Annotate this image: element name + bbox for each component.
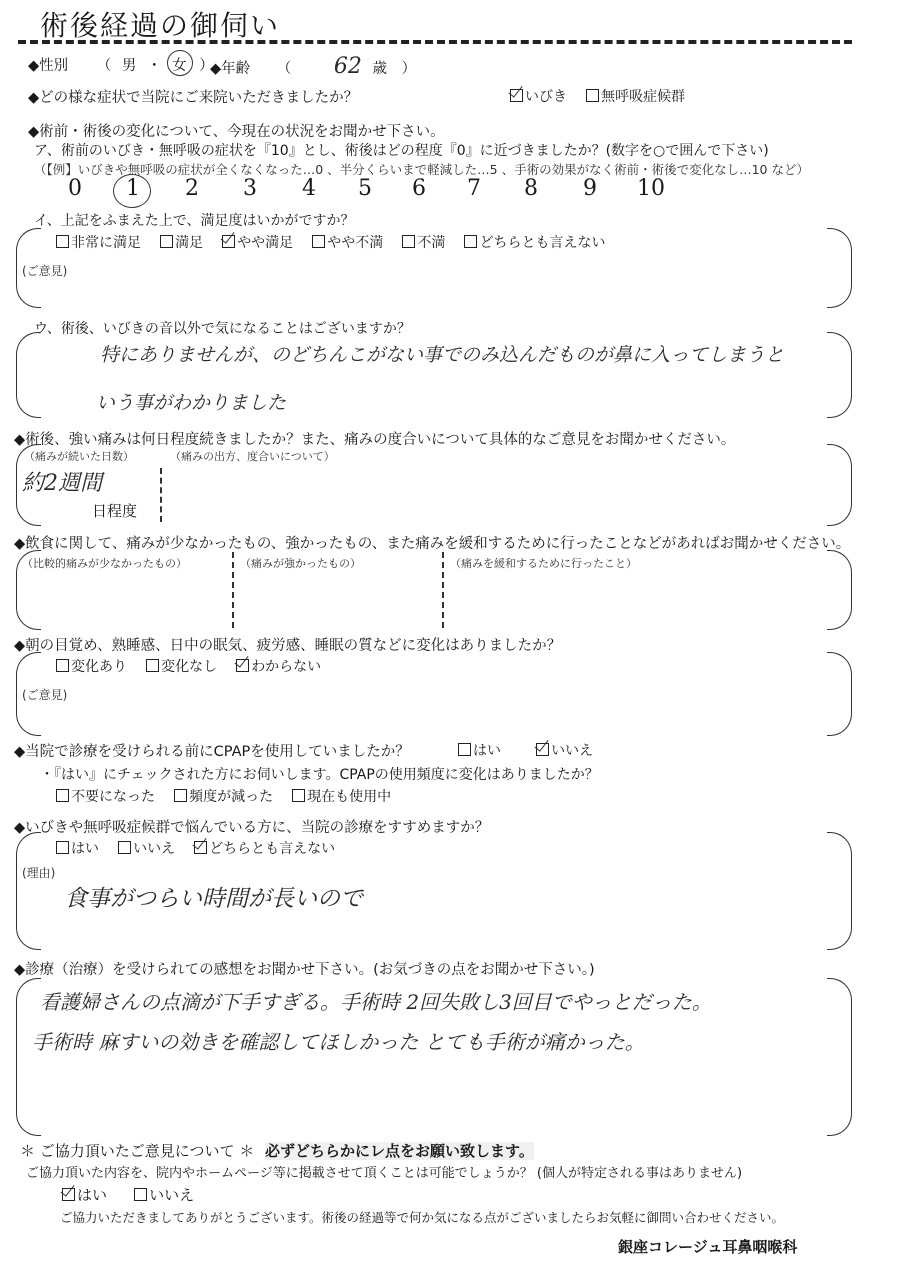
satisfaction-opinion-field[interactable]	[80, 278, 820, 300]
sleep-opinion-field[interactable]	[80, 702, 820, 726]
scale-5[interactable]: 5	[358, 176, 372, 201]
sleep-opinion-label: (ご意見)	[22, 686, 67, 703]
recommend-option-yes[interactable]: はい	[56, 838, 99, 858]
sleep-option[interactable]: わからない	[236, 656, 321, 676]
checkbox-checked-icon[interactable]	[536, 743, 549, 756]
checkbox-icon[interactable]	[56, 235, 69, 248]
recommend-option-no[interactable]: いいえ	[118, 838, 175, 858]
satisfaction-question: イ、上記をふまえた上で、満足度はいかがですか？	[34, 210, 354, 230]
cpap-followup-option[interactable]: 不要になった	[56, 786, 155, 806]
checkbox-icon[interactable]	[118, 841, 131, 854]
pain-degree-label: （痛みの出方、度合いについて）	[170, 448, 335, 464]
consent-question: ご協力頂いた内容を、院内やホームページ等に掲載させて頂くことは可能でしょうか？ …	[26, 1162, 742, 1181]
checkbox-checked-icon[interactable]	[62, 1188, 75, 1201]
change-question: ◆術前・術後の変化について、今現在の状況をお聞かせ下さい。	[28, 120, 445, 141]
cpap-followup-options: 不要になった 頻度が減った 現在も使用中	[56, 786, 405, 806]
selection-circle	[167, 50, 193, 76]
scale-2[interactable]: 2	[185, 176, 199, 201]
consent-option-no[interactable]: いいえ	[134, 1184, 194, 1205]
checkbox-icon[interactable]	[160, 235, 173, 248]
checkbox-icon[interactable]	[146, 659, 159, 672]
food-col1-field[interactable]	[26, 578, 226, 618]
recommend-reason-label: (理由)	[22, 864, 55, 881]
food-col3-label: （痛みを緩和するために行ったこと）	[450, 555, 637, 571]
change-scale: 0 1 2 3 4 5 6 7 8 9 10	[0, 176, 900, 206]
satisfaction-option[interactable]: 満足	[160, 232, 203, 252]
other-concerns-answer-line2[interactable]: いう事がわかりました	[96, 388, 286, 415]
change-sub-question: ア、術前のいびき・無呼吸の症状を『10』とし、術後はどの程度『0』に近づきました…	[34, 140, 769, 160]
impression-answer-line1[interactable]: 看護婦さんの点滴が下手すぎる。手術時 2回失敗し3回目でやっとだった。	[40, 986, 712, 1015]
recommend-option-neither[interactable]: どちらとも言えない	[194, 838, 335, 858]
checkbox-checked-icon[interactable]	[194, 841, 207, 854]
symptom-options: いびき 無呼吸症候群	[510, 86, 699, 106]
checkbox-icon[interactable]	[56, 841, 69, 854]
gender-option-male[interactable]: 男	[122, 58, 137, 74]
sleep-option[interactable]: 変化あり	[56, 656, 127, 676]
thanks-message: ご協力いただきましてありがとうございます。術後の経過等で何か気になる点がございま…	[60, 1208, 784, 1226]
consent-heading-required: 必ずどちらかにレ点をお願い致します。	[265, 1142, 534, 1160]
recommend-options: はい いいえ どちらとも言えない	[56, 838, 349, 858]
gender-option-female[interactable]: 女	[172, 54, 187, 75]
consent-heading-left: ＊ ご協力頂いたご意見について ＊	[20, 1142, 254, 1160]
checkbox-icon[interactable]	[402, 235, 415, 248]
food-col1-label: （比較的痛みが少なかったもの）	[22, 555, 187, 571]
impression-question: ◆診療（治療）を受けられての感想をお聞かせ下さい。(お気づきの点をお聞かせ下さい…	[14, 958, 595, 979]
scale-4[interactable]: 4	[302, 176, 316, 201]
consent-option-yes[interactable]: はい	[62, 1184, 107, 1205]
satisfaction-options: 非常に満足 満足 やや満足 やや不満 不満 どちらとも言えない	[56, 232, 619, 252]
cpap-option-yes[interactable]: はい	[458, 740, 501, 760]
checkbox-icon[interactable]	[312, 235, 325, 248]
age-value[interactable]: 62	[334, 54, 362, 79]
satisfaction-option[interactable]: やや満足	[222, 232, 293, 252]
checkbox-icon[interactable]	[464, 235, 477, 248]
scale-3[interactable]: 3	[243, 176, 257, 201]
clinic-name: 銀座コレージュ耳鼻咽喉科	[618, 1236, 797, 1257]
gender-row: ◆性別 （ 男 ・ 女 ）	[28, 54, 214, 75]
symptom-option-snoring[interactable]: いびき	[510, 86, 567, 106]
impression-answer-line2[interactable]: 手術時 麻すいの効きを確認してほしかった とても手術が痛かった。	[32, 1026, 645, 1055]
pain-days-label: （痛みが続いた日数）	[24, 448, 134, 464]
food-col3-field[interactable]	[454, 578, 834, 618]
cpap-followup-question: ・『はい』にチェックされた方にお伺いします。CPAPの使用頻度に変化はありました…	[40, 764, 599, 784]
checkbox-checked-icon[interactable]	[236, 659, 249, 672]
selection-circle	[113, 174, 151, 208]
cpap-followup-option[interactable]: 現在も使用中	[292, 786, 391, 806]
satisfaction-opinion-label: (ご意見)	[22, 262, 67, 279]
scale-8[interactable]: 8	[524, 176, 538, 201]
checkbox-icon[interactable]	[586, 89, 599, 102]
column-divider	[232, 552, 234, 628]
checkbox-icon[interactable]	[174, 789, 187, 802]
checkbox-checked-icon[interactable]	[222, 235, 235, 248]
sleep-options: 変化あり 変化なし わからない	[56, 656, 335, 676]
consent-heading: ＊ ご協力頂いたご意見について ＊ 必ずどちらかにレ点をお願い致します。	[20, 1140, 534, 1161]
checkbox-icon[interactable]	[56, 789, 69, 802]
cpap-option-no[interactable]: いいえ	[536, 740, 593, 760]
symptom-question: ◆どの様な症状で当院にご来院いただきましたか？	[28, 86, 358, 107]
checkbox-icon[interactable]	[458, 743, 471, 756]
satisfaction-option[interactable]: 不満	[402, 232, 445, 252]
satisfaction-option[interactable]: 非常に満足	[56, 232, 141, 252]
page-title: 術後経過の御伺い	[40, 4, 280, 44]
food-col2-field[interactable]	[244, 578, 434, 618]
satisfaction-option[interactable]: どちらとも言えない	[464, 232, 605, 252]
scale-9[interactable]: 9	[583, 176, 597, 201]
cpap-followup-option[interactable]: 頻度が減った	[174, 786, 273, 806]
symptom-option-apnea[interactable]: 無呼吸症候群	[586, 86, 685, 106]
consent-options: はい いいえ	[62, 1184, 208, 1205]
checkbox-icon[interactable]	[134, 1188, 147, 1201]
scale-10[interactable]: 10	[637, 176, 665, 201]
scale-7[interactable]: 7	[467, 176, 481, 201]
title-divider	[18, 40, 852, 44]
gender-label: ◆性別	[28, 58, 68, 74]
sleep-option[interactable]: 変化なし	[146, 656, 217, 676]
satisfaction-option[interactable]: やや不満	[312, 232, 383, 252]
recommend-reason-field[interactable]: 食事がつらい時間が長いので	[64, 880, 363, 913]
pain-degree-field[interactable]	[180, 470, 820, 510]
column-divider	[160, 468, 162, 522]
age-label: ◆年齢	[210, 61, 250, 77]
checkbox-checked-icon[interactable]	[510, 89, 523, 102]
cpap-question: ◆当院で診療を受けられる前にCPAPを使用していましたか？	[14, 740, 410, 761]
pain-days-value[interactable]: 約2週間	[22, 466, 102, 497]
cpap-options: はい いいえ	[458, 740, 607, 760]
other-concerns-answer-line1[interactable]: 特にありませんが、のどちんこがない事でのみ込んだものが鼻に入ってしまうと	[100, 340, 784, 367]
food-col2-label: （痛みが強かったもの）	[240, 555, 361, 571]
checkbox-icon[interactable]	[56, 659, 69, 672]
scale-0[interactable]: 0	[68, 176, 82, 201]
checkbox-icon[interactable]	[292, 789, 305, 802]
age-row: ◆年齢 （ 62 歳 ）	[210, 54, 416, 79]
scale-6[interactable]: 6	[412, 176, 426, 201]
pain-days-unit: 日程度	[92, 500, 137, 521]
column-divider	[442, 552, 444, 628]
